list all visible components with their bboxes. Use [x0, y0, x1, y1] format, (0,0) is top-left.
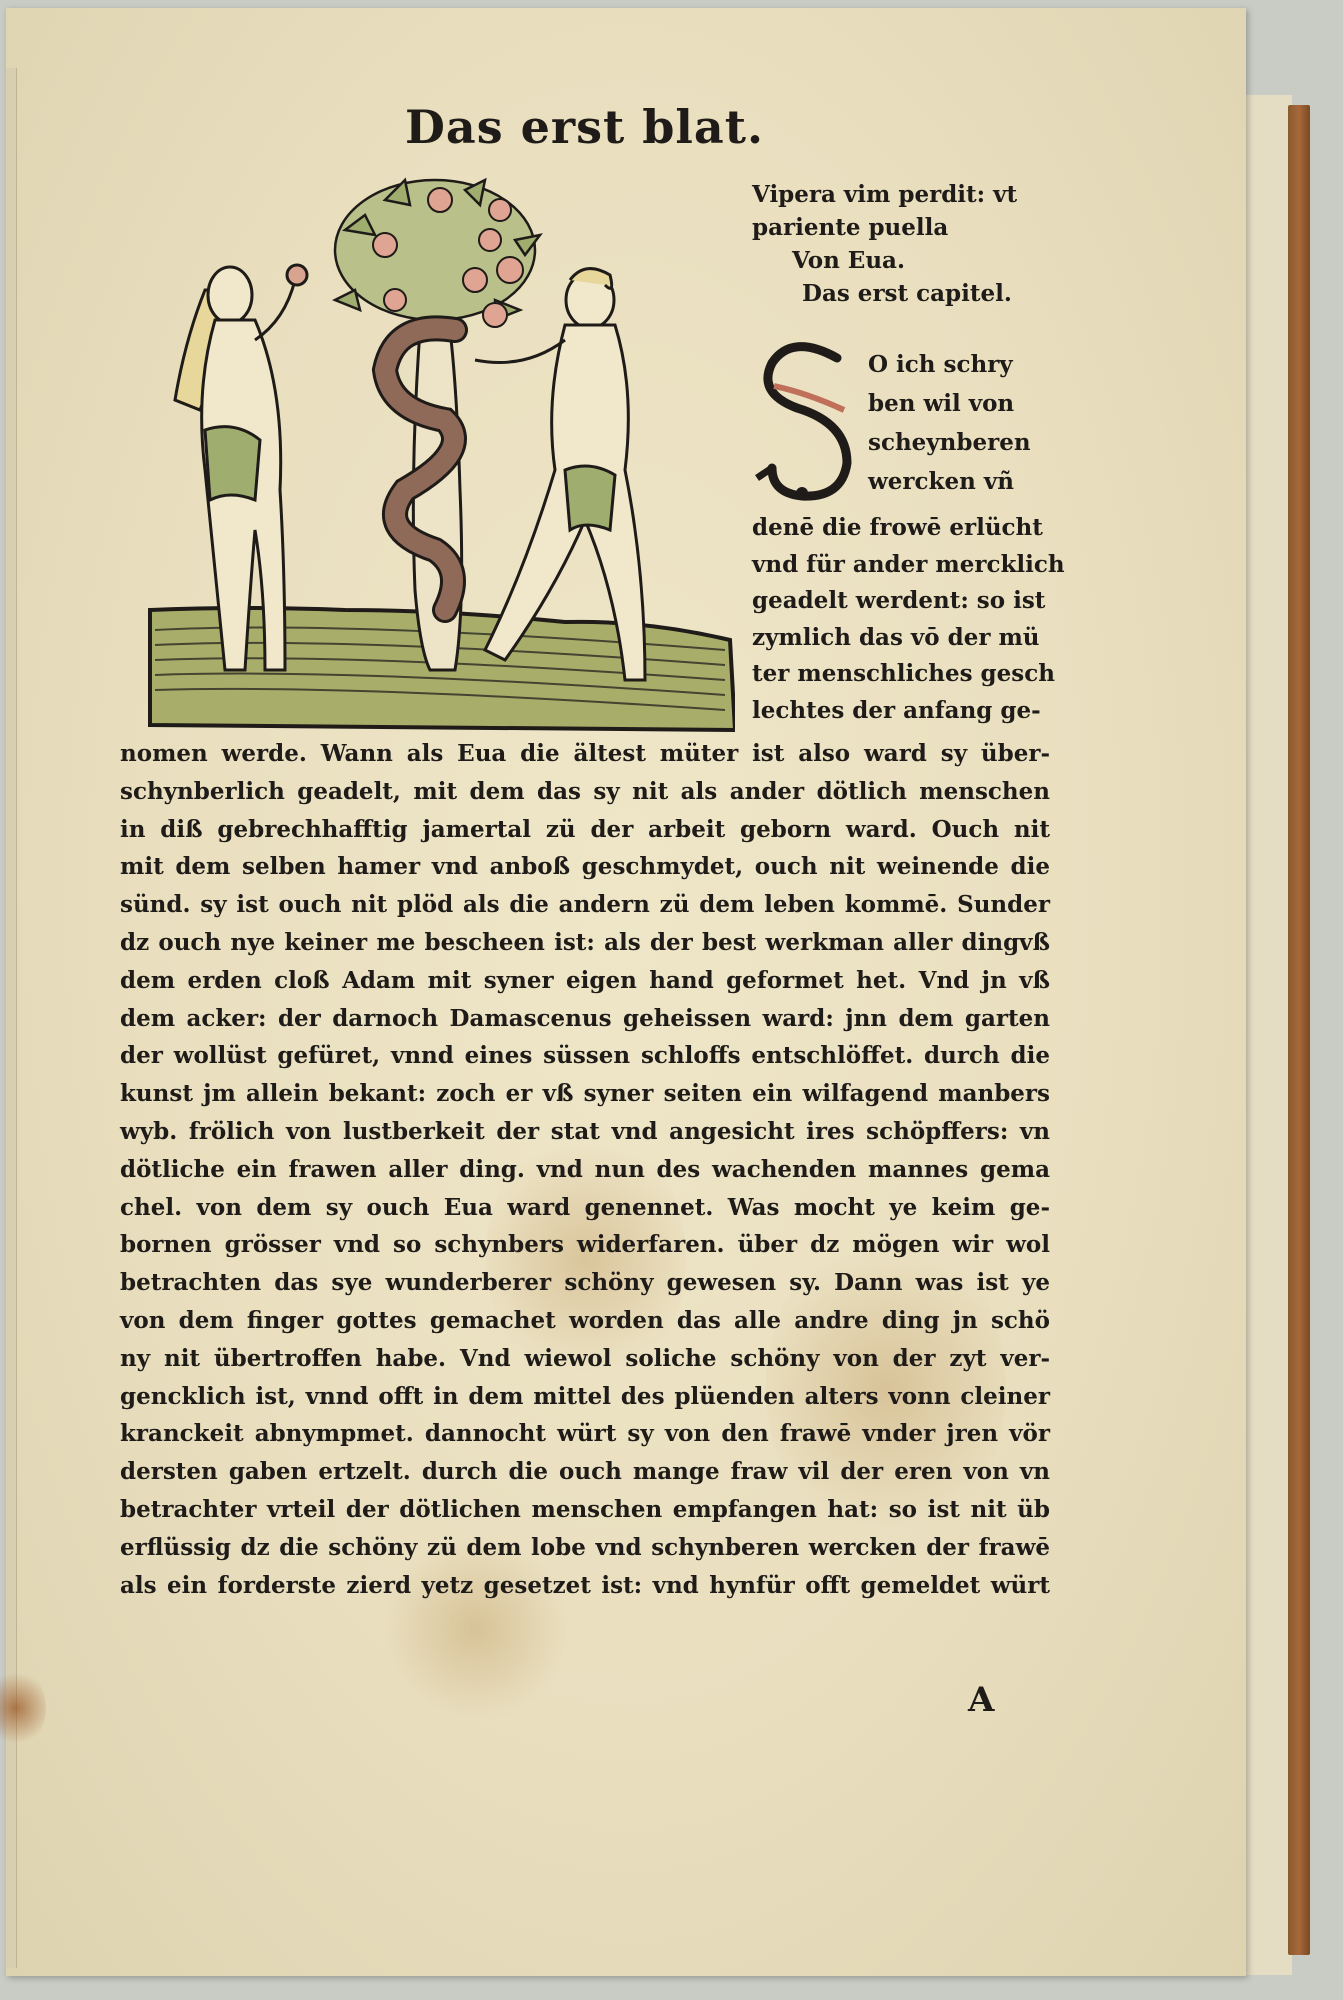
- signature-mark: A: [968, 1680, 994, 1720]
- text-line: denē die frowē erlücht: [752, 510, 1065, 547]
- text-line: gencklich ist, vnnd offt in dem mittel d…: [120, 1378, 1050, 1416]
- text-line: dz ouch nye keiner me bescheen ist: als …: [120, 924, 1050, 962]
- text-line: ter menschliches gesch: [752, 656, 1065, 693]
- woodcut-illustration: [145, 170, 735, 735]
- text-line: O ich schry: [868, 345, 1031, 384]
- text-line: geadelt werdent: so ist: [752, 583, 1065, 620]
- initial-text-block: O ich schry ben wil von scheynberen werc…: [868, 345, 1031, 501]
- text-line: scheynberen: [868, 423, 1031, 462]
- text-line: der wollüst gefüret, vnnd eines süssen s…: [120, 1037, 1050, 1075]
- chapter-heading-block: Vipera vim perdit: vt pariente puella Vo…: [752, 178, 1017, 310]
- text-line: mit dem selben hamer vnd anboß geschmyde…: [120, 848, 1050, 886]
- text-line: bornen grösser vnd so schynbers widerfar…: [120, 1226, 1050, 1264]
- text-line: wyb. frölich von lustberkeit der stat vn…: [120, 1113, 1050, 1151]
- text-line: kranckeit abnympmet. dannocht würt sy vo…: [120, 1415, 1050, 1453]
- running-head: Das erst blat.: [405, 100, 764, 154]
- motto-line: pariente puella: [752, 211, 1017, 244]
- body-text: nomen werde. Wann als Eua die ältest müt…: [120, 735, 1050, 1604]
- text-line: vnd für ander mercklich: [752, 547, 1065, 584]
- text-line: erflüssig dz die schöny zü dem lobe vnd …: [120, 1529, 1050, 1567]
- text-line: ben wil von: [868, 384, 1031, 423]
- text-line: kunst jm allein bekant: zoch er vß syner…: [120, 1075, 1050, 1113]
- text-line: ny nit übertroffen habe. Vnd wiewol soli…: [120, 1340, 1050, 1378]
- text-line: schynberlich geadelt, mit dem das sy nit…: [120, 773, 1050, 811]
- text-line: chel. von dem sy ouch Eua ward genennet.…: [120, 1189, 1050, 1227]
- text-line: betrachten das sye wunderberer schöny ge…: [120, 1264, 1050, 1302]
- text-line: sünd. sy ist ouch nit plöd als die ander…: [120, 886, 1050, 924]
- decorated-initial-s: [752, 338, 862, 503]
- text-line: zymlich das vō der mü: [752, 620, 1065, 657]
- damage-spot: [0, 1668, 46, 1748]
- text-line: betrachter vrteil der dötlichen menschen…: [120, 1491, 1050, 1529]
- text-line: dem erden cloß Adam mit syner eigen hand…: [120, 962, 1050, 1000]
- text-line: lechtes der anfang ge-: [752, 693, 1065, 730]
- text-line: dersten gaben ertzelt. durch die ouch ma…: [120, 1453, 1050, 1491]
- text-line: in diß gebrechhafftig jamertal zü der ar…: [120, 811, 1050, 849]
- right-column-text: denē die frowē erlücht vnd für ander mer…: [752, 510, 1065, 729]
- text-line: wercken vñ: [868, 462, 1031, 501]
- text-line: nomen werde. Wann als Eua die ältest müt…: [120, 735, 1050, 773]
- text-line: dötliche ein frawen aller ding. vnd nun …: [120, 1151, 1050, 1189]
- text-line: als ein forderste zierd yetz gesetzet is…: [120, 1567, 1050, 1605]
- text-line: von dem finger gottes gemachet worden da…: [120, 1302, 1050, 1340]
- text-line: dem acker: der darnoch Damascenus geheis…: [120, 1000, 1050, 1038]
- chapter-title: Von Eua.: [752, 244, 1017, 277]
- motto-line: Vipera vim perdit: vt: [752, 178, 1017, 211]
- book-cover-edge: [1288, 105, 1310, 1955]
- chapter-label: Das erst capitel.: [752, 277, 1017, 310]
